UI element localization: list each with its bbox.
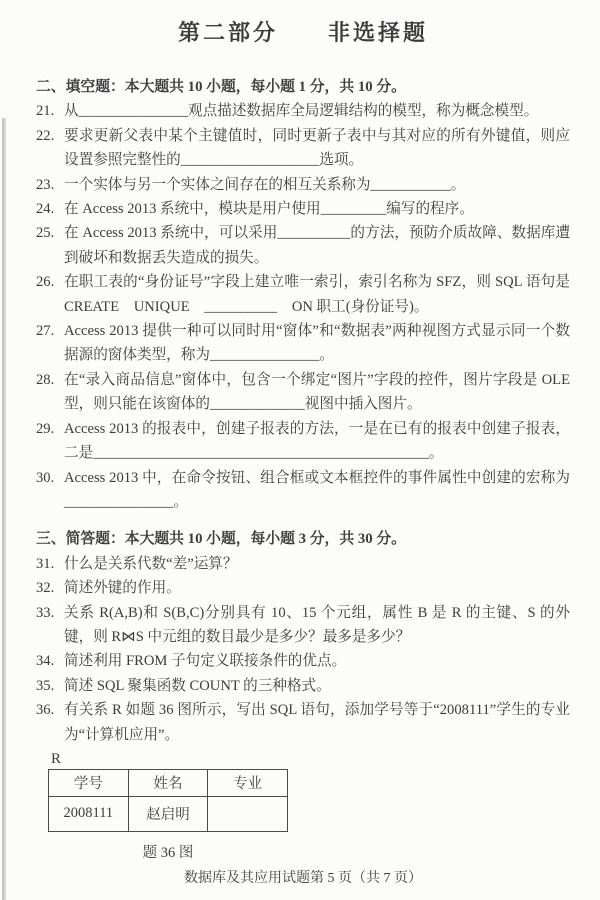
table-cell: [208, 796, 288, 831]
question-item: 22.要求更新父表中某个主键值时，同时更新子表中与其对应的所有外键值，则应设置参…: [36, 124, 570, 173]
question-number: 32.: [36, 576, 64, 600]
question-number: 27.: [36, 319, 64, 368]
question-text: 关系 R(A,B)和 S(B,C)分别具有 10、15 个元组，属性 B 是 R…: [64, 601, 570, 650]
question-text: 简述利用 FROM 子句定义联接条件的优点。: [64, 649, 570, 673]
question-number: 34.: [36, 649, 64, 673]
question-item: 35.简述 SQL 聚集函数 COUNT 的三种格式。: [36, 674, 570, 698]
short-answer-section: 三、简答题：本大题共 10 小题，每小题 3 分，共 30 分。 31.什么是关…: [36, 527, 570, 747]
question-text: 简述 SQL 聚集函数 COUNT 的三种格式。: [64, 674, 570, 698]
table-header-row: 学号姓名专业: [49, 769, 288, 796]
fill-in-section-heading: 二、填空题：本大题共 10 小题，每小题 1 分，共 10 分。: [36, 75, 570, 99]
question-item: 21.从_______________观点描述数据库全局逻辑结构的模型，称为概念…: [36, 99, 570, 123]
question-number: 31.: [36, 552, 64, 576]
question-text: 在 Access 2013 系统中，模块是用户使用_________编写的程序。: [64, 197, 570, 221]
question-item: 33.关系 R(A,B)和 S(B,C)分别具有 10、15 个元组，属性 B …: [36, 601, 570, 650]
question-number: 22.: [36, 124, 64, 173]
question-number: 21.: [36, 99, 64, 123]
question-number: 24.: [36, 197, 64, 221]
table-row: 2008111赵启明: [49, 796, 288, 831]
question-text: 从_______________观点描述数据库全局逻辑结构的模型，称为概念模型。: [64, 99, 570, 123]
question-item: 26.在职工表的“身份证号”字段上建立唯一索引，索引名称为 SFZ，则 SQL …: [36, 270, 570, 319]
question-text: 要求更新父表中某个主键值时，同时更新子表中与其对应的所有外键值，则应设置参照完整…: [64, 124, 570, 173]
short-answer-section-heading: 三、简答题：本大题共 10 小题，每小题 3 分，共 30 分。: [36, 527, 570, 551]
question-36-figure: R 学号姓名专业 2008111赵启明 题 36 图: [48, 750, 570, 862]
question-item: 34.简述利用 FROM 子句定义联接条件的优点。: [36, 649, 570, 673]
relation-name-label: R: [51, 750, 570, 769]
question-number: 26.: [36, 270, 64, 319]
fill-in-question-list: 21.从_______________观点描述数据库全局逻辑结构的模型，称为概念…: [36, 99, 570, 514]
question-text: 在 Access 2013 系统中，可以采用__________的方法，预防介质…: [64, 221, 570, 270]
table-header-cell: 学号: [49, 769, 129, 796]
question-number: 29.: [36, 417, 64, 466]
question-text: 一个实体与另一个实体之间存在的相互关系称为___________。: [64, 173, 570, 197]
question-item: 27.Access 2013 提供一种可以同时用“窗体”和“数据表”两种视图方式…: [36, 319, 570, 368]
question-item: 24.在 Access 2013 系统中，模块是用户使用_________编写的…: [36, 197, 570, 221]
question-item: 30.Access 2013 中，在命令按钮、组合框或文本框控件的事件属性中创建…: [36, 466, 570, 515]
question-text: Access 2013 的报表中，创建子报表的方法，一是在已有的报表中创建子报表…: [64, 417, 570, 466]
section-gap: [36, 514, 570, 527]
question-item: 29.Access 2013 的报表中，创建子报表的方法，一是在已有的报表中创建…: [36, 417, 570, 466]
question-text: 什么是关系代数“差”运算？: [64, 552, 570, 576]
question-item: 25.在 Access 2013 系统中，可以采用__________的方法，预…: [36, 221, 570, 270]
table-body: 2008111赵启明: [49, 796, 288, 831]
question-text: Access 2013 中，在命令按钮、组合框或文本框控件的事件属性中创建的宏称…: [64, 466, 570, 515]
page-title: 第二部分 非选择题: [36, 16, 570, 47]
question-text: 有关系 R 如题 36 图所示，写出 SQL 语句，添加学号等于“2008111…: [64, 698, 570, 747]
question-item: 36.有关系 R 如题 36 图所示，写出 SQL 语句，添加学号等于“2008…: [36, 698, 570, 747]
question-number: 36.: [36, 698, 64, 747]
relation-table: 学号姓名专业 2008111赵启明: [48, 769, 288, 832]
question-number: 28.: [36, 368, 64, 417]
question-text: Access 2013 提供一种可以同时用“窗体”和“数据表”两种视图方式显示同…: [64, 319, 570, 368]
table-header-cell: 姓名: [128, 769, 208, 796]
table-cell: 2008111: [49, 796, 129, 831]
question-text: 简述外键的作用。: [64, 576, 570, 600]
table-cell: 赵启明: [128, 796, 208, 831]
question-number: 35.: [36, 674, 64, 698]
question-item: 32.简述外键的作用。: [36, 576, 570, 600]
question-number: 33.: [36, 601, 64, 650]
question-number: 30.: [36, 466, 64, 515]
question-item: 28.在“录入商品信息”窗体中，包含一个绑定“图片”字段的控件，图片字段是 OL…: [36, 368, 570, 417]
exam-page: 第二部分 非选择题 二、填空题：本大题共 10 小题，每小题 1 分，共 10 …: [0, 0, 600, 900]
question-item: 23.一个实体与另一个实体之间存在的相互关系称为___________。: [36, 173, 570, 197]
table-header-cell: 专业: [208, 769, 288, 796]
question-number: 25.: [36, 221, 64, 270]
figure-caption: 题 36 图: [48, 841, 288, 862]
question-number: 23.: [36, 173, 64, 197]
question-text: 在“录入商品信息”窗体中，包含一个绑定“图片”字段的控件，图片字段是 OLE 型…: [64, 368, 570, 417]
question-text: 在职工表的“身份证号”字段上建立唯一索引，索引名称为 SFZ，则 SQL 语句是…: [64, 270, 570, 319]
fill-in-section: 二、填空题：本大题共 10 小题，每小题 1 分，共 10 分。 21.从___…: [36, 75, 570, 514]
page-content: 第二部分 非选择题 二、填空题：本大题共 10 小题，每小题 1 分，共 10 …: [0, 0, 600, 887]
page-footer: 数据库及其应用试题第 5 页（共 7 页）: [36, 867, 570, 887]
short-answer-question-list: 31.什么是关系代数“差”运算？32.简述外键的作用。33.关系 R(A,B)和…: [36, 552, 570, 747]
question-item: 31.什么是关系代数“差”运算？: [36, 552, 570, 576]
